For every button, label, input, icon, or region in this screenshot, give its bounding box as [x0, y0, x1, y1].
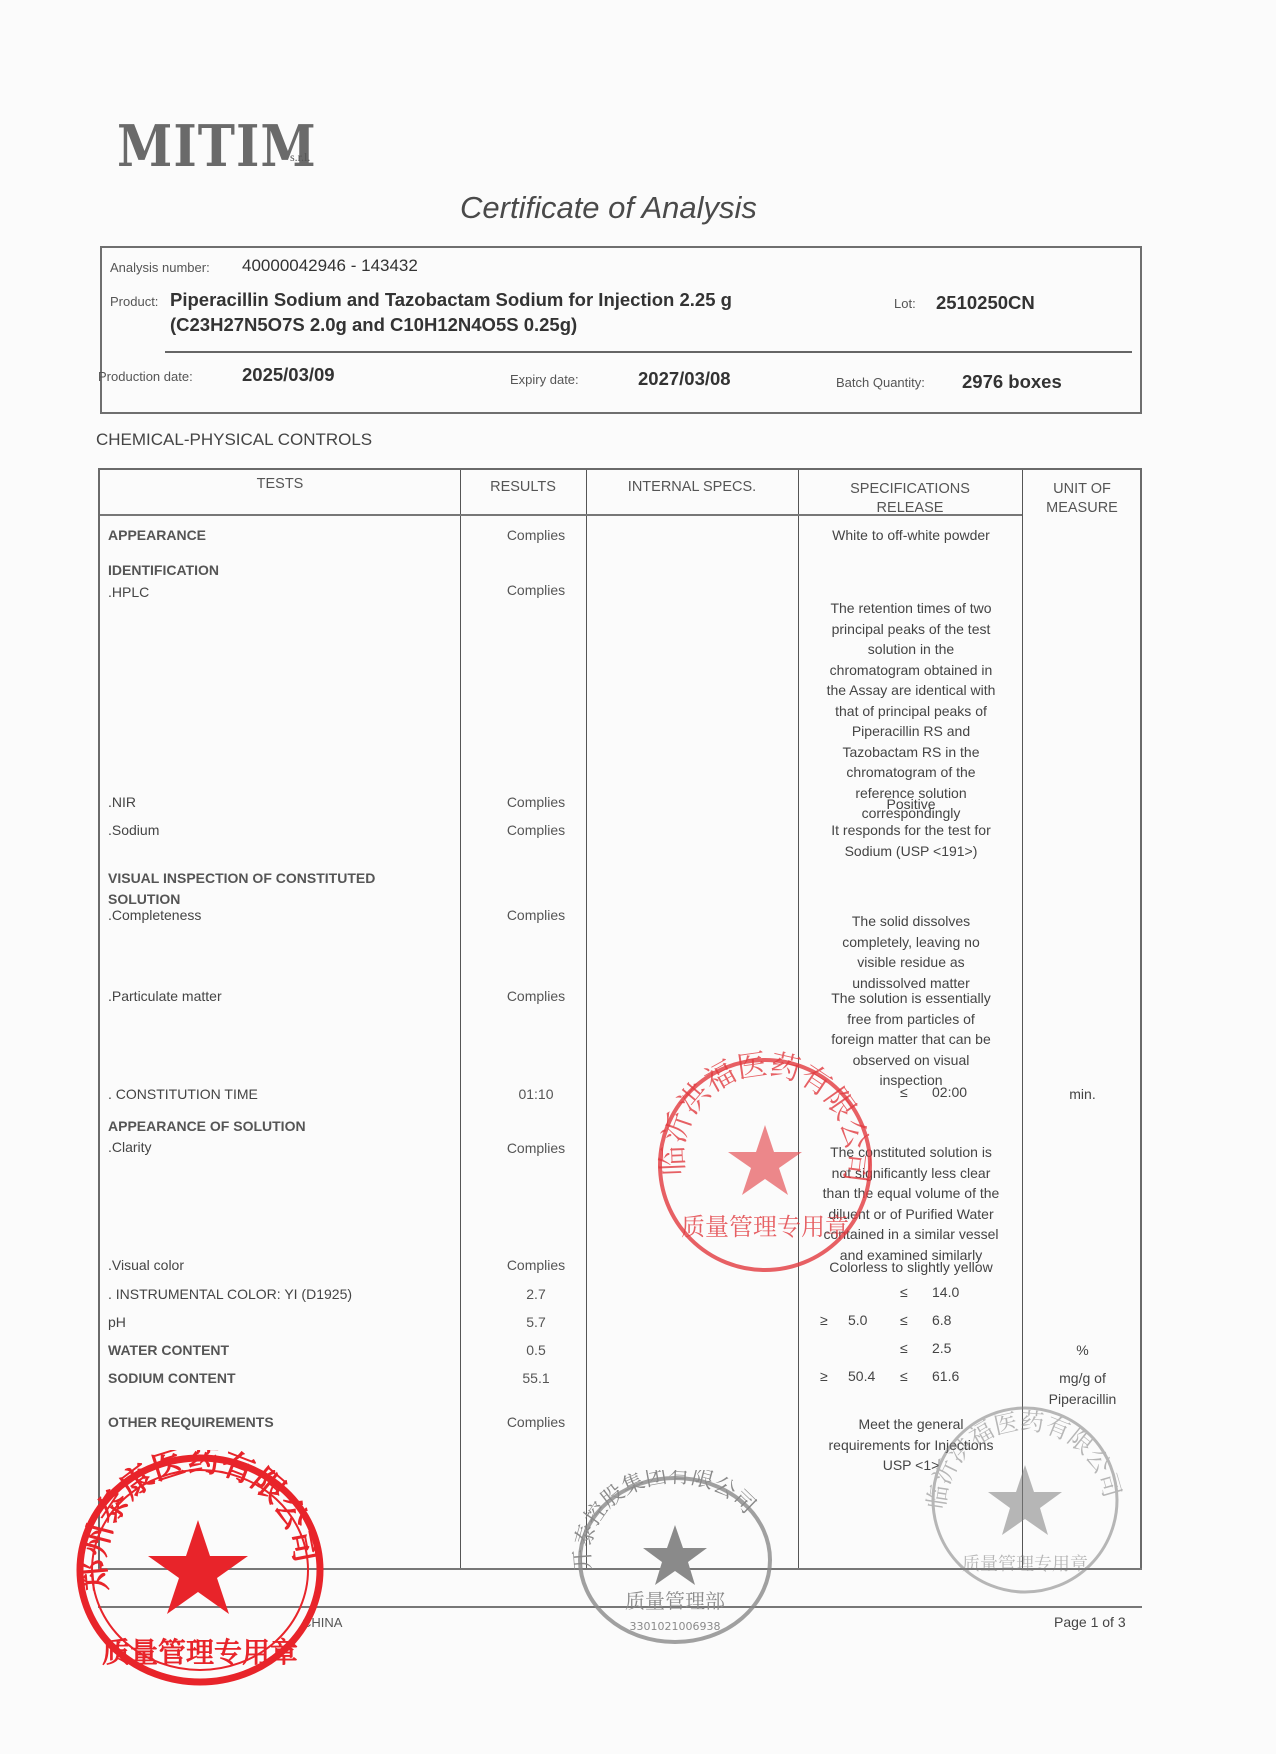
unit-of-measure: mg/g of Piperacillin	[1025, 1368, 1140, 1409]
unit-of-measure: min.	[1025, 1084, 1140, 1105]
test-result: Complies	[462, 580, 610, 601]
svg-text:质量管理专用章: 质量管理专用章	[102, 1636, 298, 1669]
test-name: VISUAL INSPECTION OF CONSTITUTED SOLUTIO…	[108, 868, 408, 909]
test-name: IDENTIFICATION	[108, 560, 448, 581]
test-name: .Visual color	[108, 1255, 448, 1276]
spec-release: Positive	[800, 794, 1022, 815]
test-name: . INSTRUMENTAL COLOR: YI (D1925)	[108, 1284, 448, 1305]
test-name: .HPLC	[108, 582, 448, 603]
test-result: 2.7	[462, 1284, 610, 1305]
test-name: . CONSTITUTION TIME	[108, 1084, 448, 1105]
col-header-tests: TESTS	[100, 475, 460, 494]
spec-release: White to off-white powder	[806, 525, 1016, 546]
production-date: 2025/03/09	[242, 364, 335, 386]
test-name: APPEARANCE	[108, 525, 448, 546]
spec-release: The solution is essentially free from pa…	[826, 988, 996, 1091]
header-divider	[165, 351, 1132, 353]
product-formula: (C23H27N5O7S 2.0g and C10H12N4O5S 0.25g)	[170, 314, 577, 336]
analysis-number: 40000042946 - 143432	[242, 256, 418, 276]
footer-country: CHINA	[302, 1615, 342, 1630]
svg-text:3301021006938: 3301021006938	[630, 1620, 721, 1633]
col-header-unit: UNIT OF MEASURE	[1022, 480, 1142, 518]
spec-release: It responds for the test for Sodium (USP…	[821, 820, 1001, 861]
product-label: Product:	[110, 294, 158, 309]
test-result: Complies	[462, 525, 610, 546]
table-bottom-rule	[98, 1568, 1142, 1570]
test-name: .Completeness	[108, 905, 448, 926]
analysis-number-label: Analysis number:	[110, 260, 210, 275]
page-number: Page 1 of 3	[1054, 1614, 1126, 1630]
product-info-box: Analysis number: 40000042946 - 143432 Pr…	[100, 246, 1142, 414]
test-name: WATER CONTENT	[108, 1340, 448, 1361]
col-divider	[460, 470, 461, 1570]
test-name: .Sodium	[108, 820, 448, 841]
batch-quantity: 2976 boxes	[962, 371, 1062, 393]
test-result: Complies	[462, 1138, 610, 1159]
col-divider	[586, 470, 587, 1570]
test-name: .NIR	[108, 792, 448, 813]
company-logo: MITIM	[117, 112, 317, 180]
expiry-date-label: Expiry date:	[510, 372, 579, 387]
test-name: SODIUM CONTENT	[108, 1368, 448, 1389]
col-header-internal-specs: INTERNAL SPECS.	[586, 478, 798, 497]
lot-number: 2510250CN	[936, 292, 1035, 314]
test-result: Complies	[462, 792, 610, 813]
test-name: OTHER REQUIREMENTS	[108, 1412, 448, 1433]
col-header-results: RESULTS	[460, 478, 586, 497]
production-date-label: Production date:	[98, 369, 193, 384]
spec-release: The solid dissolves completely, leaving …	[831, 911, 991, 993]
test-result: Complies	[462, 905, 610, 926]
lot-label: Lot:	[894, 296, 916, 311]
product-name: Piperacillin Sodium and Tazobactam Sodiu…	[170, 289, 732, 311]
test-result: 01:10	[462, 1084, 610, 1105]
svg-text:质量管理部: 质量管理部	[625, 1589, 725, 1613]
test-name: .Particulate matter	[108, 986, 448, 1007]
footer-rule	[98, 1606, 1142, 1608]
test-name: APPEARANCE OF SOLUTION	[108, 1116, 448, 1137]
col-header-spec-release: SPECIFICATIONS RELEASE	[798, 480, 1022, 518]
col-divider	[798, 470, 799, 1570]
test-result: 55.1	[462, 1368, 610, 1389]
spec-release: The retention times of two principal pea…	[821, 598, 1001, 824]
test-name: pH	[108, 1312, 448, 1333]
document-title: Certificate of Analysis	[460, 190, 757, 226]
test-name: .Clarity	[108, 1137, 448, 1158]
test-result: Complies	[462, 820, 610, 841]
results-table: TESTS RESULTS INTERNAL SPECS. SPECIFICAT…	[98, 468, 1142, 1568]
test-result: Complies	[462, 1255, 610, 1276]
expiry-date: 2027/03/08	[638, 368, 731, 390]
spec-release: Colorless to slightly yellow	[800, 1257, 1022, 1278]
col-divider	[1022, 470, 1023, 1570]
test-result: Complies	[462, 986, 610, 1007]
company-suffix: s.r.l.	[290, 150, 310, 165]
test-result: Complies	[462, 1412, 610, 1433]
test-result: 5.7	[462, 1312, 610, 1333]
spec-release: The constituted solution is not signific…	[821, 1142, 1001, 1265]
section-title: CHEMICAL-PHYSICAL CONTROLS	[96, 430, 372, 450]
batch-quantity-label: Batch Quantity:	[836, 375, 925, 390]
spec-release: Meet the general requirements for Inject…	[821, 1414, 1001, 1476]
unit-of-measure: %	[1025, 1340, 1140, 1361]
test-result: 0.5	[462, 1340, 610, 1361]
